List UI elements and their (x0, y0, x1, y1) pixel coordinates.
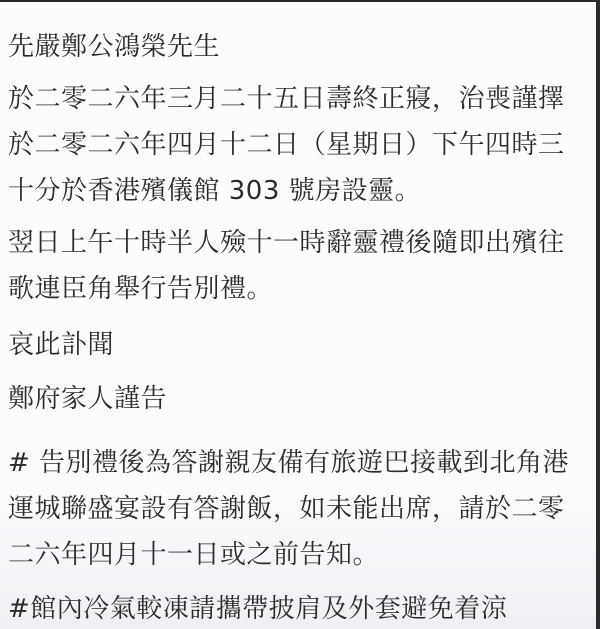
dinner-note-paragraph: # 告別禮後為答謝親友備有旅遊巴接載到北角港 運城聯盛宴設有答謝飯，如未能出席，… (8, 440, 569, 578)
announcement-line: 哀此訃聞 (8, 322, 114, 368)
obituary-notice: 先嚴鄭公鴻榮先生 於二零二六年三月二十五日壽終正寢，治喪謹擇 於二零二六年四月十… (0, 2, 596, 629)
text-line: 二六年四月十一日或之前告知。 (8, 532, 569, 578)
deceased-name: 先嚴鄭公鴻榮先生 (8, 24, 220, 70)
text-line: 十分於香港殯儀館 303 號房設靈。 (8, 168, 565, 214)
text-line: 運城聯盛宴設有答謝飯，如未能出席，請於二零 (8, 486, 569, 532)
funeral-paragraph: 翌日上午十時半人殮十一時辭靈禮後隨即出殯往 歌連臣角舉行告別禮。 (8, 220, 565, 312)
text-line: 翌日上午十時半人殮十一時辭靈禮後隨即出殯往 (8, 220, 565, 266)
family-signature: 鄭府家人謹告 (8, 376, 167, 422)
text-line: # 告別禮後為答謝親友備有旅遊巴接載到北角港 (8, 440, 569, 486)
venue-note: #館內冷氣較凍請攜帶披肩及外套避免着涼 (8, 586, 507, 629)
text-line: 於二零二六年四月十二日（星期日）下午四時三 (8, 122, 565, 168)
text-line: 歌連臣角舉行告別禮。 (8, 266, 565, 312)
text-line: 於二零二六年三月二十五日壽終正寢，治喪謹擇 (8, 76, 565, 122)
passing-and-wake-paragraph: 於二零二六年三月二十五日壽終正寢，治喪謹擇 於二零二六年四月十二日（星期日）下午… (8, 76, 565, 214)
